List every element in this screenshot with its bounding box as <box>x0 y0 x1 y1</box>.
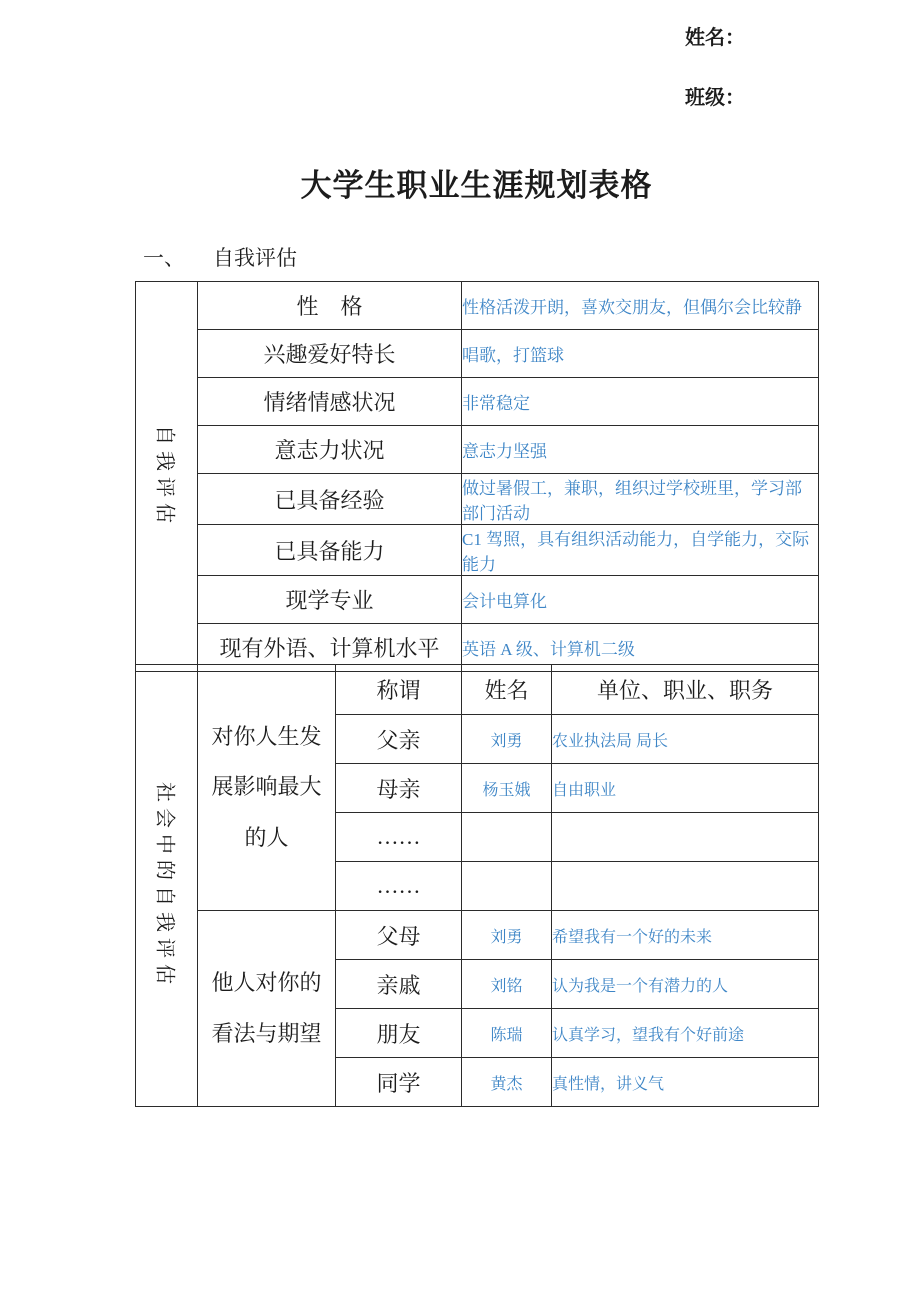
name-cell-empty <box>462 813 552 862</box>
corner-labels: 姓名： 班级： <box>685 28 745 148</box>
org-cell: 认为我是一个有潜力的人 <box>552 960 819 1009</box>
table-row: 他人对你的 看法与期望 父母 刘勇 希望我有一个好的未来 <box>136 911 819 960</box>
name-cell: 刘勇 <box>462 715 552 764</box>
column-header-org: 单位、职业、职务 <box>552 665 819 715</box>
org-cell: 真性情，讲义气 <box>552 1058 819 1107</box>
relation-cell: 朋友 <box>336 1009 462 1058</box>
self-evaluation-table: 自我评估 性 格 性格活泼开朗，喜欢交朋友，但偶尔会比较静 兴趣爱好特长 唱歌，… <box>135 281 819 672</box>
row-value-major: 会计电算化 <box>462 576 819 624</box>
section-heading: 一、自我评估 <box>143 242 297 272</box>
vertical-header-self-evaluation: 自我评估 <box>136 282 198 672</box>
name-cell-empty <box>462 862 552 911</box>
org-cell-empty <box>552 862 819 911</box>
relation-cell: …… <box>336 862 462 911</box>
row-value-hobbies: 唱歌，打篮球 <box>462 330 819 378</box>
vertical-header-social-evaluation: 社会中的自我评估 <box>136 665 198 1107</box>
relation-cell: 父亲 <box>336 715 462 764</box>
vertical-header-text: 自我评估 <box>152 425 181 529</box>
row-value-willpower: 意志力坚强 <box>462 426 819 474</box>
name-cell: 刘勇 <box>462 911 552 960</box>
table-row: 情绪情感状况 非常稳定 <box>136 378 819 426</box>
section-heading-text: 自我评估 <box>213 246 297 270</box>
name-cell: 黄杰 <box>462 1058 552 1107</box>
table-row: 现学专业 会计电算化 <box>136 576 819 624</box>
row-label-hobbies: 兴趣爱好特长 <box>198 330 462 378</box>
relation-cell: 父母 <box>336 911 462 960</box>
relation-cell: …… <box>336 813 462 862</box>
row-value-experience: 做过暑假工，兼职，组织过学校班里，学习部部门活动 <box>462 474 819 525</box>
name-cell: 刘铭 <box>462 960 552 1009</box>
relation-cell: 亲戚 <box>336 960 462 1009</box>
row-label-emotion: 情绪情感状况 <box>198 378 462 426</box>
org-cell: 希望我有一个好的未来 <box>552 911 819 960</box>
column-header-title: 称谓 <box>336 665 462 715</box>
table-row: 意志力状况 意志力坚强 <box>136 426 819 474</box>
table-row: 自我评估 性 格 性格活泼开朗，喜欢交朋友，但偶尔会比较静 <box>136 282 819 330</box>
table-header-row: 社会中的自我评估 对你人生发 展影响最大 的人 称谓 姓名 单位、职业、职务 <box>136 665 819 715</box>
row-label-experience: 已具备经验 <box>198 474 462 525</box>
page-title: 大学生职业生涯规划表格 <box>135 160 818 205</box>
row-value-emotion: 非常稳定 <box>462 378 819 426</box>
row-label-major: 现学专业 <box>198 576 462 624</box>
table-row: 兴趣爱好特长 唱歌，打篮球 <box>136 330 819 378</box>
group-label-others-expectations: 他人对你的 看法与期望 <box>198 911 336 1107</box>
relation-cell: 母亲 <box>336 764 462 813</box>
vertical-header-text: 社会中的自我评估 <box>152 782 181 990</box>
table-row: 已具备经验 做过暑假工，兼职，组织过学校班里，学习部部门活动 <box>136 474 819 525</box>
org-cell: 认真学习，望我有个好前途 <box>552 1009 819 1058</box>
org-cell: 自由职业 <box>552 764 819 813</box>
name-cell: 陈瑞 <box>462 1009 552 1058</box>
table-row: 已具备能力 C1 驾照，具有组织活动能力，自学能力，交际能力 <box>136 525 819 576</box>
org-cell: 农业执法局 局长 <box>552 715 819 764</box>
group-label-influential-people: 对你人生发 展影响最大 的人 <box>198 665 336 911</box>
column-header-name: 姓名 <box>462 665 552 715</box>
social-evaluation-table: 社会中的自我评估 对你人生发 展影响最大 的人 称谓 姓名 单位、职业、职务 父… <box>135 664 819 1107</box>
section-number: 一、 <box>143 242 185 272</box>
relation-cell: 同学 <box>336 1058 462 1107</box>
row-label-abilities: 已具备能力 <box>198 525 462 576</box>
name-cell: 杨玉娥 <box>462 764 552 813</box>
row-value-abilities: C1 驾照，具有组织活动能力，自学能力，交际能力 <box>462 525 819 576</box>
name-label: 姓名： <box>685 28 745 48</box>
row-label-personality: 性 格 <box>198 282 462 330</box>
document-page: 姓名： 班级： 大学生职业生涯规划表格 一、自我评估 自我评估 性 格 性格活泼… <box>0 0 920 1302</box>
class-label: 班级： <box>685 88 745 108</box>
row-label-willpower: 意志力状况 <box>198 426 462 474</box>
org-cell-empty <box>552 813 819 862</box>
row-value-personality: 性格活泼开朗，喜欢交朋友，但偶尔会比较静 <box>462 282 819 330</box>
